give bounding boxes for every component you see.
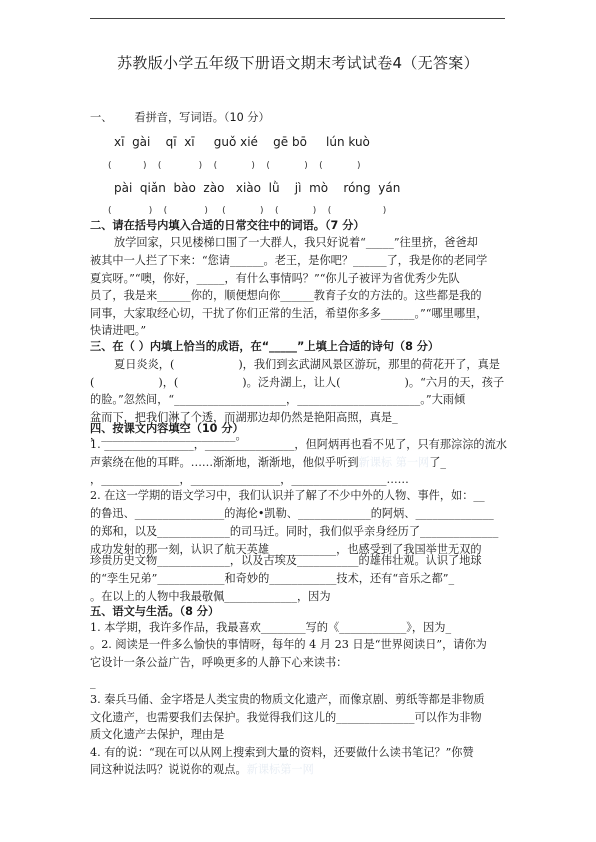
section-5-line[interactable]: 文化遗产，也需要我们去保护。我觉得我们这儿的______________可以作为… xyxy=(90,710,482,726)
watermark-text: 新课标 第一网 xyxy=(359,456,430,469)
section-5-line[interactable]: 1. 本学期，我许多作品，我最喜欢________写的《____________… xyxy=(90,620,451,636)
watermark-text: 新课标第一网 xyxy=(247,763,314,776)
answer-parens-row-2[interactable]: ( ) ( ) ( ) ( ) ( ) xyxy=(108,203,386,219)
section-1-heading: 一、看拼音，写词语。（10 分） xyxy=(90,110,270,126)
section-5-line: 4. 有的说：“现在可以从网上搜索到大量的资料，还要做什么读书笔记？”你赞 xyxy=(90,745,474,761)
section-5-line: 同这种说法吗？说说你的观点。新课标第一网 xyxy=(90,762,314,778)
section-5-line[interactable]: _ xyxy=(90,675,96,691)
section-5-line: 3. 秦兵马俑、金字塔是人类宝贵的物质文化遗产，而像京剧、剪纸等都是非物质 xyxy=(90,692,485,708)
section-3-heading: 三、在（ ）内填上恰当的成语，在“_____”上填上合适的诗句（8 分） xyxy=(90,339,439,355)
section-4-line[interactable]: ，______________，________________，_______… xyxy=(90,472,409,488)
section-3-line[interactable]: 夏日炎炎，( )，我们到玄武湖风景区游玩，那里的荷花开了，真是 xyxy=(90,357,500,373)
header-rule xyxy=(90,18,505,19)
section-1-number: 一、 xyxy=(90,111,112,124)
section-5-heading: 五、语文与生活。（8 分） xyxy=(90,604,219,620)
section-4-line[interactable]: 的郑和，以及_____________的司马迁。同时，我们似乎亲身经历了____… xyxy=(90,524,498,540)
section-5-line[interactable]: 。2. 阅读是一件多么愉快的事情呀，每年的 4 月 23 日是“世界阅读日”，请… xyxy=(90,637,487,653)
section-1-title: 看拼音，写词语。（10 分） xyxy=(134,111,269,124)
section-4-title: 四、按课文内容填空（10 分） xyxy=(90,422,244,435)
section-4-text[interactable]: 了_ xyxy=(429,456,446,469)
section-4-line[interactable]: 的“孪生兄弟”____________和奇妙的____________技术，还有… xyxy=(90,571,454,587)
section-4-text: 声萦绕在他的耳畔。……渐渐地，渐渐地，他似乎听到 xyxy=(90,456,359,469)
answer-parens-row-1[interactable]: ( ) ( ) ( ) ( ) ( ) xyxy=(108,158,361,174)
page-title: 苏教版小学五年级下册语文期末考试试卷4（无答案） xyxy=(0,52,596,73)
section-4-heading: 四、按课文内容填空（10 分） xyxy=(90,421,244,437)
section-4-line[interactable]: 声萦绕在他的耳畔。……渐渐地，渐渐地，他似乎听到新课标 第一网了_ xyxy=(90,455,446,471)
section-2-line[interactable]: 放学回家，只见楼梯口围了一大群人，我只好说着“_____”往里挤，爸爸却 xyxy=(90,235,478,251)
section-4-line[interactable]: 2. 在这一学期的语文学习中，我们认识并了解了不少中外的人物、事件，如：__ xyxy=(90,488,485,504)
section-3-line[interactable]: ( )，( )。泛舟湖上，让人( )。“六月的天，孩子 xyxy=(90,375,504,391)
section-5-line: 它设计一条公益广告，呼唤更多的人静下心来读书： xyxy=(90,655,347,671)
section-2-line: 快请进吧。” xyxy=(90,323,146,339)
section-2-line[interactable]: 同事，大家取经心切，干扰了你们正常的生活，希望你多多______。”“哪里哪里， xyxy=(90,306,487,322)
section-4-line[interactable]: 。在以上的人物中我最敬佩_____________，因为 xyxy=(90,589,331,605)
section-3-line[interactable]: 的脸。”忽然间，“____________________，__________… xyxy=(90,392,465,408)
section-5-line[interactable]: 质文化遗产去保护，理由是 xyxy=(90,727,224,743)
pinyin-row-2: pài qiǎn bào zào xiào lǜ jì mò róng yán xyxy=(114,180,400,196)
section-4-line[interactable]: 珍贵历史文物_____________，以及古埃及___________的雄伟壮… xyxy=(90,553,482,569)
section-4-line[interactable]: 1. ________________，________________，但阿炳… xyxy=(90,437,507,453)
section-4-line[interactable]: 的鲁迅、________________的海伦•凯勒、_____________… xyxy=(90,506,494,522)
section-2-line[interactable]: 夏宾呀。”“噢，你好，_____，有什么事情吗？”“你儿子被评为省优秀少先队 xyxy=(90,271,460,287)
pinyin-row-1: xī gài qī xī guǒ xié gē bō lún kuò xyxy=(114,134,370,150)
section-5-text: 同这种说法吗？说说你的观点。 xyxy=(90,763,247,776)
section-2-line[interactable]: 被其中一人拦了下来：“您请______。老王，是你吧？______了，我是你的老… xyxy=(90,253,487,269)
section-2-heading: 二、请在括号内填入合适的日常交往中的词语。（7 分） xyxy=(90,218,365,234)
section-2-line[interactable]: 员了，我是来______你的，顺便想向你______教育子女的方法的。这些都是我… xyxy=(90,288,482,304)
